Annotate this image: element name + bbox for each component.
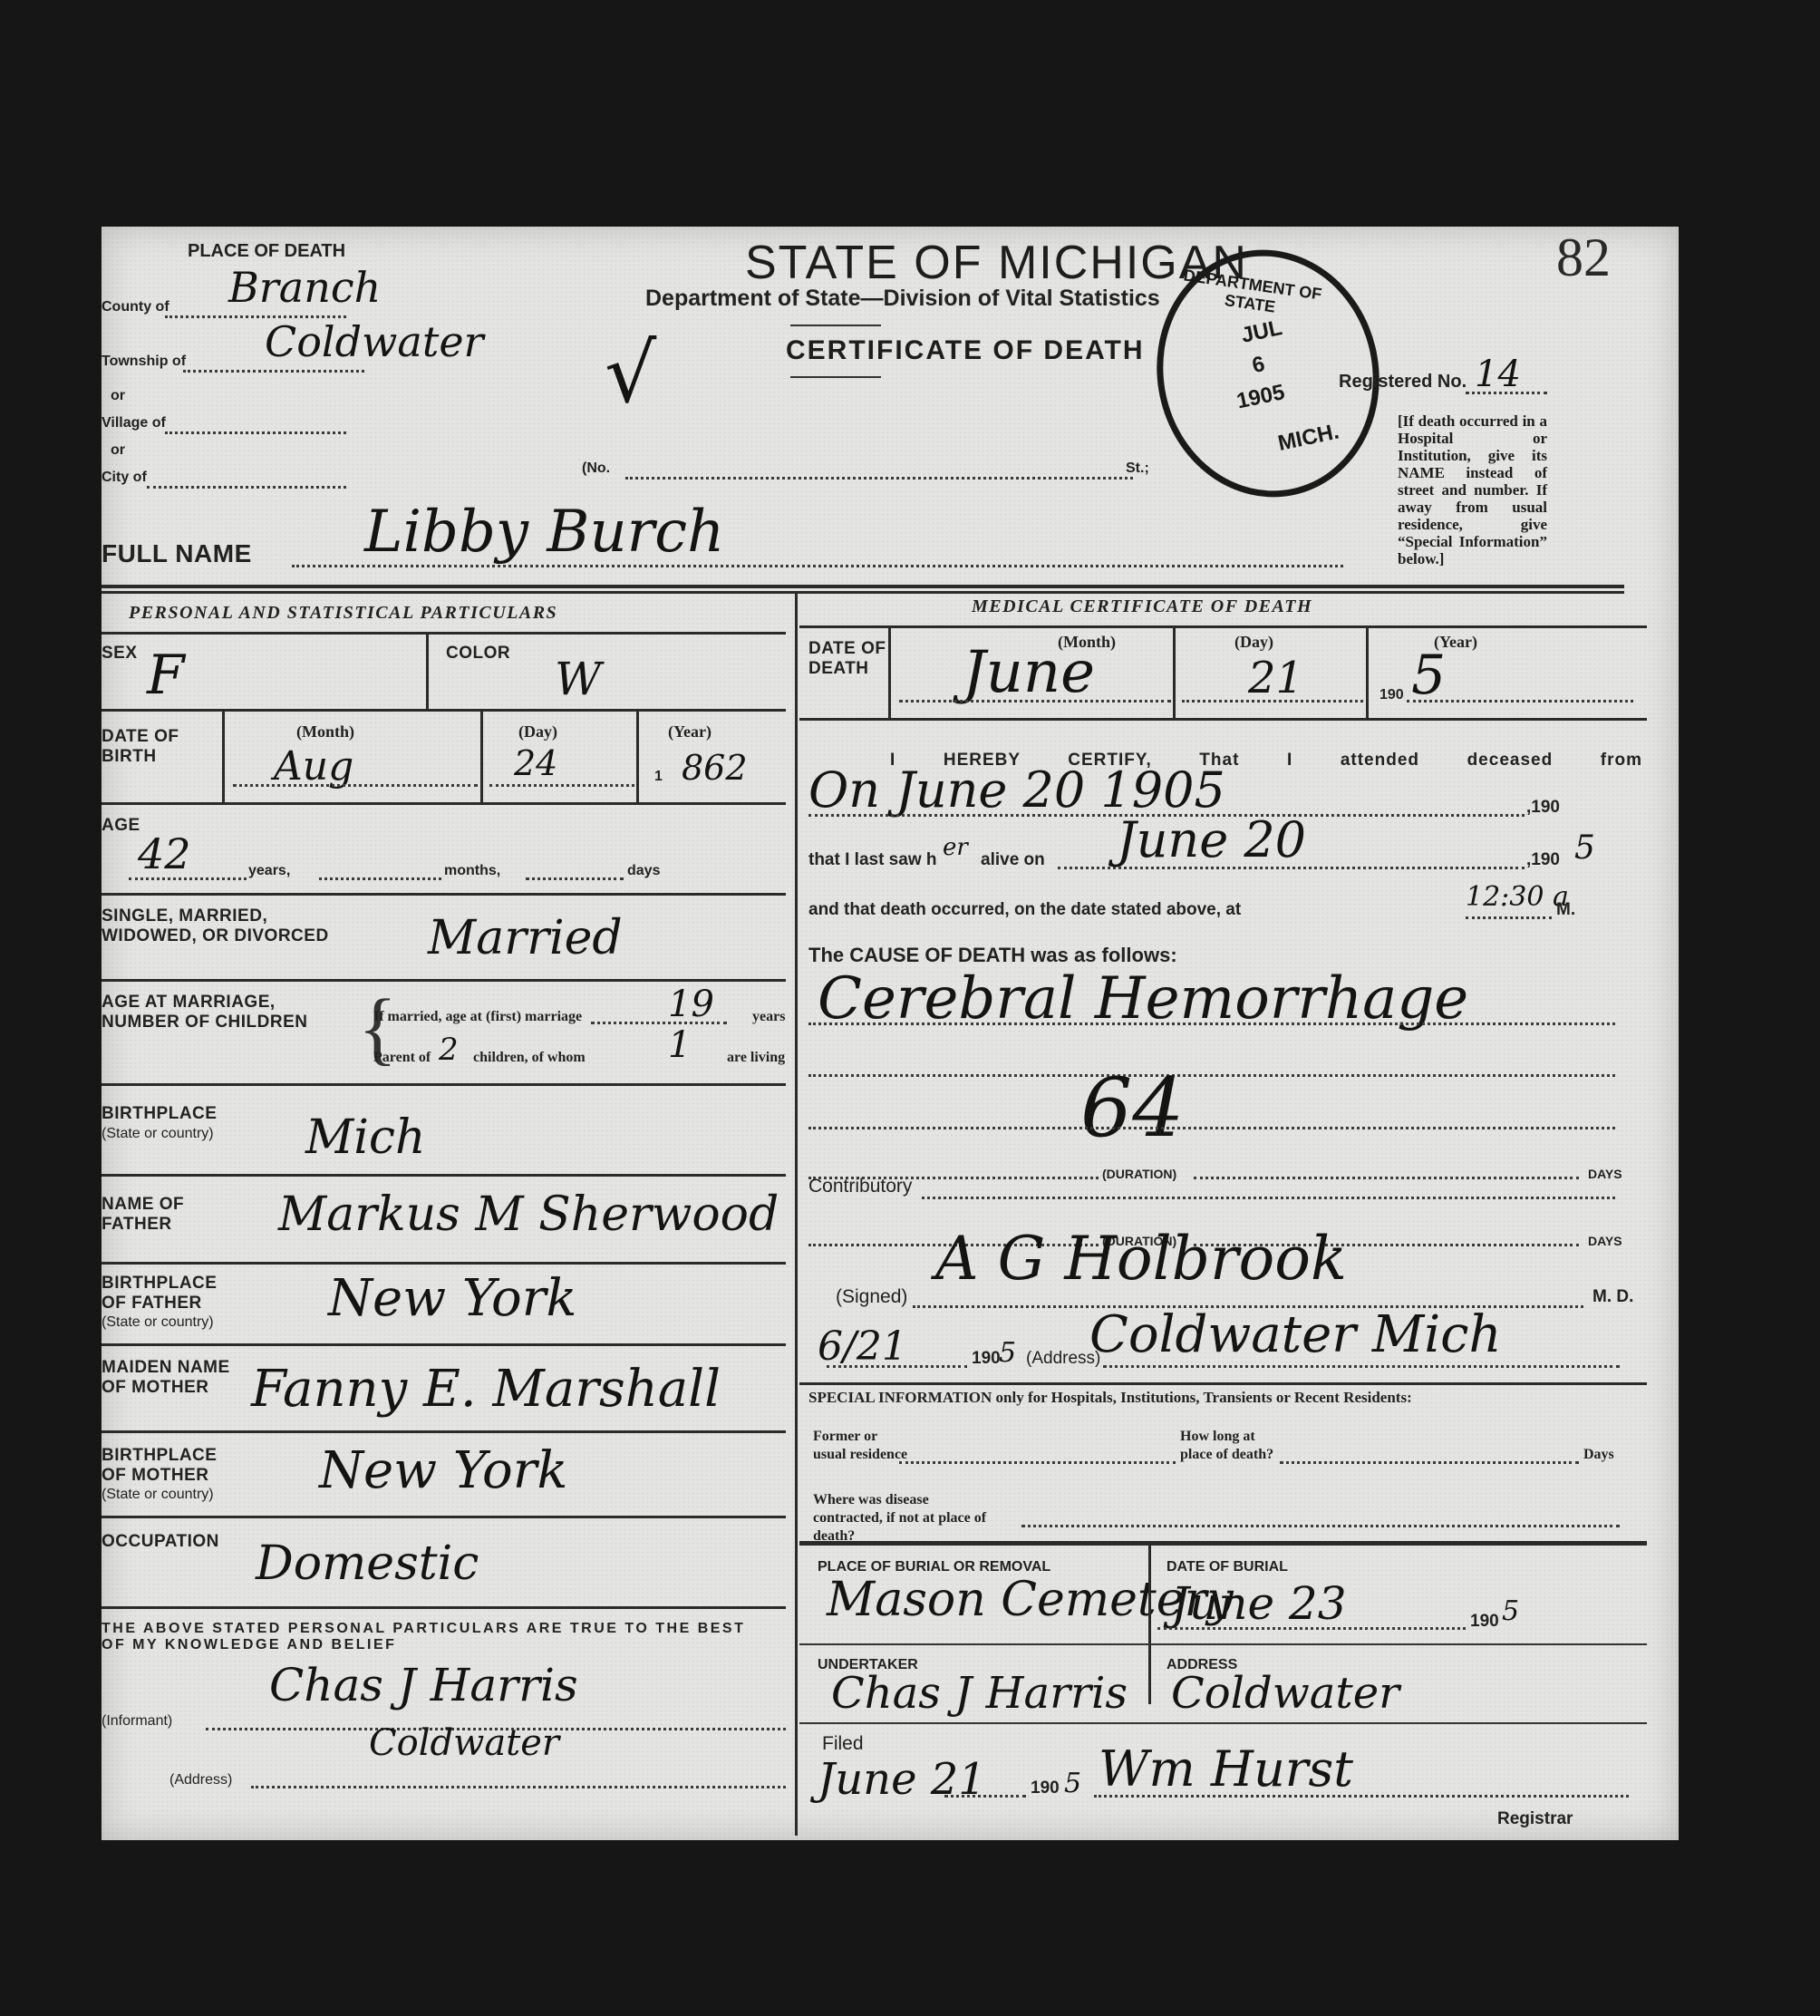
informant-address-label: (Address) xyxy=(169,1772,232,1788)
signed-date: 6/21 xyxy=(818,1323,907,1370)
street-label: St.; xyxy=(1126,460,1149,477)
township-value: Coldwater xyxy=(265,317,484,366)
registrar-signature: Wm Hurst xyxy=(1099,1740,1353,1798)
registered-label: Registered No. xyxy=(1339,373,1467,390)
birthplace-value: Mich xyxy=(305,1110,426,1165)
color-value: W xyxy=(555,653,601,705)
county-value: Branch xyxy=(228,263,381,312)
burial-date-value: June 23 xyxy=(1171,1577,1347,1630)
department-title: Department of State—Division of Vital St… xyxy=(645,286,1160,312)
contributory-label: Contributory xyxy=(808,1178,912,1195)
city-label: City of xyxy=(102,470,147,486)
street-number-label: (No. xyxy=(582,460,610,477)
full-name-value: Libby Burch xyxy=(364,499,724,566)
undertaker-address-value: Coldwater xyxy=(1171,1668,1399,1719)
marital-status-label: SINGLE, MARRIED, WIDOWED, OR DIVORCED xyxy=(102,906,337,946)
mother-birthplace-value: New York xyxy=(319,1441,567,1500)
township-label: Township of xyxy=(102,354,186,370)
dod-year: 5 xyxy=(1411,644,1446,707)
dod-month: June xyxy=(963,639,1095,706)
informant-label: (Informant) xyxy=(102,1713,172,1730)
sex-label: SEX xyxy=(102,644,138,664)
personal-heading: PERSONAL AND STATISTICAL PARTICULARS xyxy=(129,603,557,624)
county-label: County of xyxy=(102,299,169,315)
dod-label: DATE OF DEATH xyxy=(808,639,890,679)
dob-label: DATE OF BIRTH xyxy=(102,727,201,767)
attended-from: On June 20 1905 xyxy=(808,761,1225,819)
marital-status-value: Married xyxy=(428,911,623,965)
place-of-death-heading: PLACE OF DEATH xyxy=(188,243,345,259)
age-at-marriage: 19 xyxy=(668,984,714,1025)
dob-day: 24 xyxy=(514,743,557,783)
special-info-heading: SPECIAL INFORMATION only for Hospitals, … xyxy=(808,1389,1412,1407)
physician-address: Coldwater Mich xyxy=(1089,1305,1502,1364)
dod-day: 21 xyxy=(1248,653,1303,703)
mother-maiden-label: MAIDEN NAME OF MOTHER xyxy=(102,1358,237,1398)
registered-number: 14 xyxy=(1475,354,1521,395)
death-time: 12:30 a xyxy=(1466,881,1569,913)
disease-contracted-label: Where was disease contracted, if not at … xyxy=(813,1491,994,1546)
burial-date-label: DATE OF BURIAL xyxy=(1167,1559,1288,1575)
state-title: STATE OF MICHIGAN xyxy=(745,236,1248,290)
last-saw-pronoun: er xyxy=(943,834,968,861)
signed-label: (Signed) xyxy=(836,1289,907,1305)
cause-of-death-label: The CAUSE OF DEATH was as follows: xyxy=(808,947,1177,964)
registrar-label: Registrar xyxy=(1497,1811,1573,1827)
last-saw-date: June 20 xyxy=(1117,811,1306,868)
mother-maiden-value: Fanny E. Marshall xyxy=(251,1360,721,1419)
certificate-title: CERTIFICATE OF DEATH xyxy=(786,335,1145,366)
father-birthplace-label: BIRTHPLACE OF FATHER xyxy=(102,1274,237,1313)
children-count: 2 xyxy=(439,1032,459,1068)
father-birthplace-value: New York xyxy=(328,1269,576,1328)
full-name-label: FULL NAME xyxy=(102,544,252,564)
father-name-value: Markus M Sherwood xyxy=(278,1187,779,1242)
medical-heading: MEDICAL CERTIFICATE OF DEATH xyxy=(972,596,1312,617)
mother-birthplace-label: BIRTHPLACE OF MOTHER xyxy=(102,1446,237,1486)
father-name-label: NAME OF FATHER xyxy=(102,1195,201,1235)
how-long-label: How long at place of death? xyxy=(1180,1428,1289,1464)
birthplace-label: BIRTHPLACE xyxy=(102,1104,217,1124)
undertaker-value: Chas J Harris xyxy=(831,1668,1128,1719)
dob-year: 862 xyxy=(682,748,748,788)
sex-value: F xyxy=(147,644,185,707)
filed-label: Filed xyxy=(822,1736,864,1752)
color-label: COLOR xyxy=(446,644,510,664)
informant-address: Coldwater xyxy=(369,1722,559,1764)
death-certificate: 82 STATE OF MICHIGAN Department of State… xyxy=(102,227,1679,1840)
age-note: 64 xyxy=(1080,1061,1185,1156)
age-label: AGE xyxy=(102,816,140,836)
occupation-label: OCCUPATION xyxy=(102,1532,219,1552)
attestation-text: THE ABOVE STATED PERSONAL PARTICULARS AR… xyxy=(102,1621,772,1653)
occupation-value: Domestic xyxy=(256,1536,479,1591)
page-number: 82 xyxy=(1556,227,1611,289)
marriage-children-label: AGE AT MARRIAGE, NUMBER OF CHILDREN xyxy=(102,993,337,1032)
age-years: 42 xyxy=(138,829,191,878)
village-label: Village of xyxy=(102,415,166,431)
hospital-note: [If death occurred in a Hospital or Inst… xyxy=(1398,412,1547,567)
former-residence-label: Former or usual residence xyxy=(813,1428,913,1464)
check-mark: √ xyxy=(605,326,656,422)
death-occurred-text: and that death occurred, on the date sta… xyxy=(808,902,1241,918)
living-count: 1 xyxy=(668,1024,691,1066)
informant-signature: Chas J Harris xyxy=(269,1659,578,1711)
dob-month: Aug xyxy=(274,743,353,790)
physician-signature: A G Holbrook xyxy=(935,1224,1347,1294)
